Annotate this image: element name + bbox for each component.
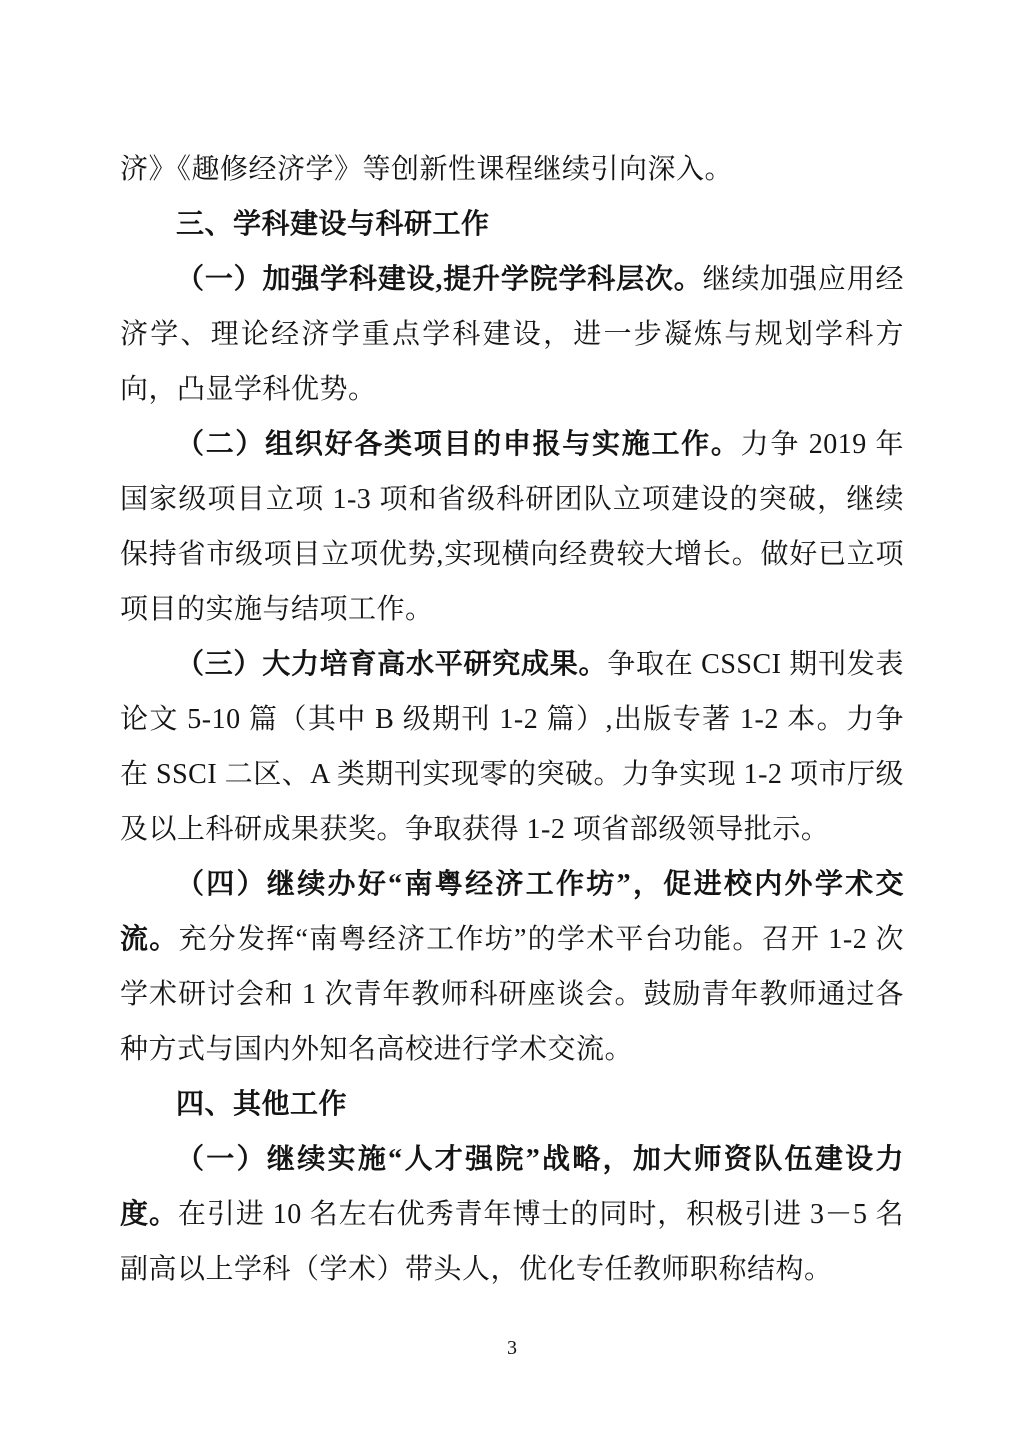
section3-paragraph-4-body: 充分发挥“南粤经济工作坊”的学术平台功能。召开 1-2 次学术研讨会和 1 次青… — [120, 924, 904, 1065]
paragraph-continuation: 济》《趣修经济学》等创新性课程继续引向深入。 — [120, 142, 904, 197]
document-page: 济》《趣修经济学》等创新性课程继续引向深入。 三、学科建设与科研工作 （一）加强… — [0, 0, 1024, 1448]
section3-paragraph-3-lead: （三）大力培育高水平研究成果。 — [176, 649, 607, 680]
section4-heading-text: 四、其他工作 — [176, 1089, 347, 1120]
section3-paragraph-4: （四）继续办好“南粤经济工作坊”，促进校内外学术交流。充分发挥“南粤经济工作坊”… — [120, 857, 904, 1077]
section3-heading: 三、学科建设与科研工作 — [120, 197, 904, 252]
section3-paragraph-1: （一）加强学科建设,提升学院学科层次。继续加强应用经济学、理论经济学重点学科建设… — [120, 252, 904, 417]
section3-heading-text: 三、学科建设与科研工作 — [176, 209, 490, 240]
section4-heading: 四、其他工作 — [120, 1077, 904, 1132]
section3-paragraph-2-lead: （二）组织好各类项目的申报与实施工作。 — [176, 429, 741, 460]
section3-paragraph-1-lead: （一）加强学科建设,提升学院学科层次。 — [176, 264, 703, 295]
section3-paragraph-2: （二）组织好各类项目的申报与实施工作。力争 2019 年国家级项目立项 1-3 … — [120, 417, 904, 637]
section4-paragraph-1-body: 在引进 10 名左右优秀青年博士的同时，积极引进 3－5 名副高以上学科（学术）… — [120, 1199, 904, 1285]
section3-paragraph-3: （三）大力培育高水平研究成果。争取在 CSSCI 期刊发表论文 5-10 篇（其… — [120, 637, 904, 857]
page-number: 3 — [0, 1336, 1024, 1360]
paragraph-continuation-text: 济》《趣修经济学》等创新性课程继续引向深入。 — [120, 154, 733, 185]
section4-paragraph-1: （一）继续实施“人才强院”战略，加大师资队伍建设力度。在引进 10 名左右优秀青… — [120, 1132, 904, 1297]
